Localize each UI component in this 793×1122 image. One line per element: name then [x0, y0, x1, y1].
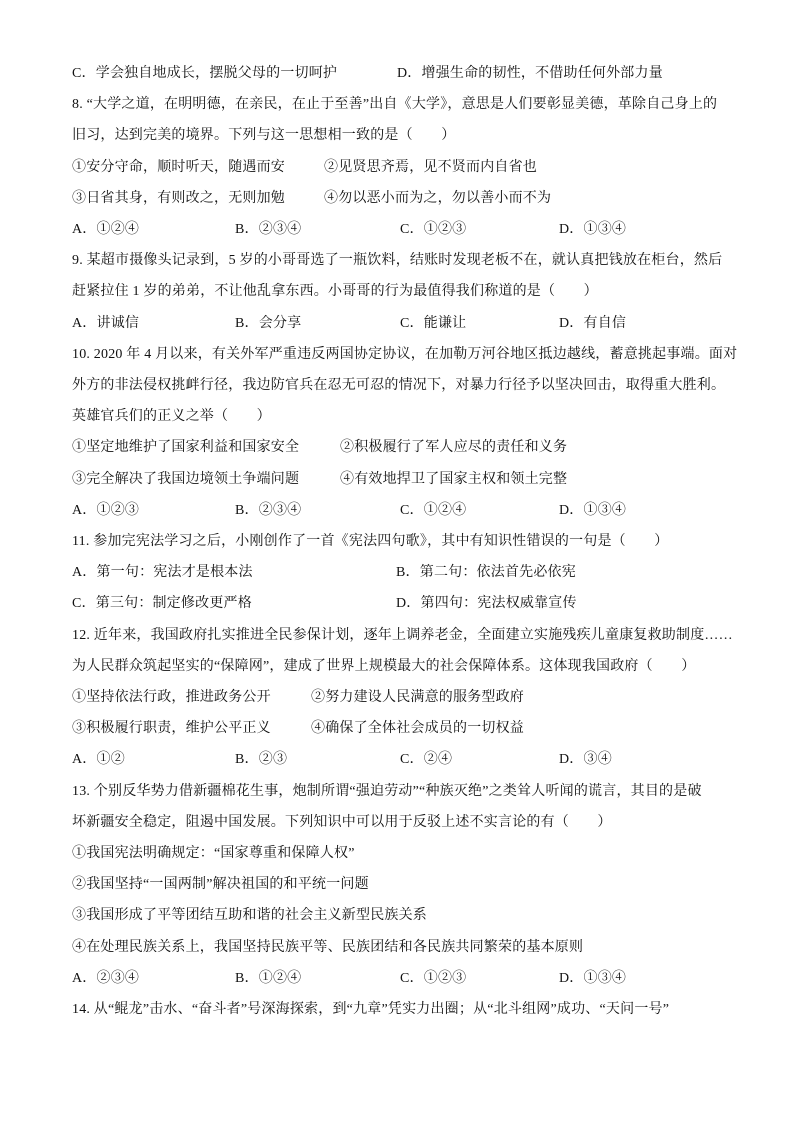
q13-item-1: ①我国宪法明确规定：“国家尊重和保障人权” — [0, 843, 793, 865]
q13-choices: A．②③④B．①②④C．①②③D．①③④ — [0, 968, 793, 990]
q9-choices-segment-3: D．有自信 — [559, 313, 626, 335]
q7-options-c-d: C．学会独自地成长，摆脱父母的一切呵护D．增强生命的韧性，不借助任何外部力量 — [0, 63, 793, 85]
q9-stem-line-1-segment-0: 9. 某超市摄像头记录到，5 岁的小哥哥选了一瓶饮料，结账时发现老板不在，就认真… — [72, 250, 722, 272]
q12-stem-line-2: 为人民群众筑起坚实的“保障网”，建成了世界上规模最大的社会保障体系。这体现我国政… — [0, 656, 793, 678]
q10-choices: A．①②③B．②③④C．①②④D．①③④ — [0, 500, 793, 522]
q10-stem-line-1-segment-0: 10. 2020 年 4 月以来，有关外军严重违反两国协定协议，在加勒万河谷地区… — [72, 344, 737, 366]
q13-item-2: ②我国坚持“一国两制”解决祖国的和平统一问题 — [0, 874, 793, 896]
q8-choices-segment-1: B．②③④ — [235, 219, 301, 241]
q10-items-3-4: ③完全解决了我国边境领土争端问题④有效地捍卫了国家主权和领土完整 — [0, 469, 793, 491]
q8-choices-segment-3: D．①③④ — [559, 219, 626, 241]
q8-stem-line-1: 8. “大学之道，在明明德，在亲民，在止于至善”出自《大学》，意思是人们要彰显美… — [0, 94, 793, 116]
q8-items-1-2-segment-1: ②见贤思齐焉，见不贤而内自省也 — [324, 157, 537, 179]
q12-stem-line-1-segment-0: 12. 近年来，我国政府扎实推进全民参保计划，逐年上调养老金，全面建立实施残疾儿… — [72, 625, 733, 647]
q10-choices-segment-1: B．②③④ — [235, 500, 301, 522]
q11-stem: 11. 参加完宪法学习之后，小刚创作了一首《宪法四句歌》，其中有知识性错误的一句… — [0, 531, 793, 553]
q9-choices: A．讲诚信B．会分享C．能谦让D．有自信 — [0, 313, 793, 335]
q13-item-1-segment-0: ①我国宪法明确规定：“国家尊重和保障人权” — [72, 843, 355, 865]
q10-choices-segment-0: A．①②③ — [72, 500, 139, 522]
q10-items-1-2-segment-1: ②积极履行了军人应尽的责任和义务 — [340, 437, 567, 459]
q10-items-3-4-segment-1: ④有效地捍卫了国家主权和领土完整 — [340, 469, 567, 491]
q12-items-1-2-segment-0: ①坚持依法行政，推进政务公开 — [72, 687, 271, 709]
q10-choices-segment-2: C．①②④ — [400, 500, 466, 522]
q12-stem-line-2-segment-0: 为人民群众筑起坚实的“保障网”，建成了世界上规模最大的社会保障体系。这体现我国政… — [72, 656, 695, 678]
q8-stem-line-2-segment-0: 旧习，达到完美的境界。下列与这一思想相一致的是（ ） — [72, 125, 455, 147]
q13-item-4-segment-0: ④在处理民族关系上，我国坚持民族平等、民族团结和各民族共同繁荣的基本原则 — [72, 937, 583, 959]
q11-stem-segment-0: 11. 参加完宪法学习之后，小刚创作了一首《宪法四句歌》，其中有知识性错误的一句… — [72, 531, 668, 553]
q9-choices-segment-2: C．能谦让 — [400, 313, 466, 335]
q8-items-3-4-segment-0: ③日省其身，有则改之，无则加勉 — [72, 188, 285, 210]
q10-stem-line-1: 10. 2020 年 4 月以来，有关外军严重违反两国协定协议，在加勒万河谷地区… — [0, 344, 793, 366]
q10-choices-segment-3: D．①③④ — [559, 500, 626, 522]
q12-choices: A．①②B．②③C．②④D．③④ — [0, 749, 793, 771]
q12-items-3-4-segment-0: ③积极履行职责，维护公平正义 — [72, 718, 271, 740]
q10-stem-line-3: 英雄官兵们的正义之举（ ） — [0, 406, 793, 428]
q9-choices-segment-0: A．讲诚信 — [72, 313, 139, 335]
q7-options-c-d-segment-0: C．学会独自地成长，摆脱父母的一切呵护 — [72, 63, 337, 85]
q12-stem-line-1: 12. 近年来，我国政府扎实推进全民参保计划，逐年上调养老金，全面建立实施残疾儿… — [0, 625, 793, 647]
q13-item-3: ③我国形成了平等团结互助和谐的社会主义新型民族关系 — [0, 905, 793, 927]
q9-choices-segment-1: B．会分享 — [235, 313, 301, 335]
q8-stem-line-1-segment-0: 8. “大学之道，在明明德，在亲民，在止于至善”出自《大学》，意思是人们要彰显美… — [72, 94, 717, 116]
document-page: C．学会独自地成长，摆脱父母的一切呵护D．增强生命的韧性，不借助任何外部力量8.… — [0, 0, 793, 1122]
q12-choices-segment-1: B．②③ — [235, 749, 287, 771]
q11-choices-c-d-segment-1: D．第四句：宪法权威靠宣传 — [396, 593, 577, 615]
q11-choices-c-d-segment-0: C．第三句：制定修改更严格 — [72, 593, 252, 615]
q8-stem-line-2: 旧习，达到完美的境界。下列与这一思想相一致的是（ ） — [0, 125, 793, 147]
q11-choices-c-d: C．第三句：制定修改更严格D．第四句：宪法权威靠宣传 — [0, 593, 793, 615]
q12-items-3-4: ③积极履行职责，维护公平正义④确保了全体社会成员的一切权益 — [0, 718, 793, 740]
q12-items-1-2: ①坚持依法行政，推进政务公开②努力建设人民满意的服务型政府 — [0, 687, 793, 709]
q13-item-3-segment-0: ③我国形成了平等团结互助和谐的社会主义新型民族关系 — [72, 905, 427, 927]
q8-choices-segment-0: A．①②④ — [72, 219, 139, 241]
q10-stem-line-2: 外方的非法侵权挑衅行径，我边防官兵在忍无可忍的情况下，对暴力行径予以坚决回击，取… — [0, 375, 793, 397]
q10-stem-line-2-segment-0: 外方的非法侵权挑衅行径，我边防官兵在忍无可忍的情况下，对暴力行径予以坚决回击，取… — [72, 375, 725, 397]
q10-items-1-2-segment-0: ①坚定地维护了国家利益和国家安全 — [72, 437, 299, 459]
q8-choices-segment-2: C．①②③ — [400, 219, 466, 241]
q14-stem-line-1: 14. 从“鲲龙”击水、“奋斗者”号深海探索，到“九章”凭实力出圈；从“北斗组网… — [0, 999, 793, 1021]
q14-stem-line-1-segment-0: 14. 从“鲲龙”击水、“奋斗者”号深海探索，到“九章”凭实力出圈；从“北斗组网… — [72, 999, 669, 1021]
q11-choices-a-b: A．第一句：宪法才是根本法B．第二句：依法首先必依宪 — [0, 562, 793, 584]
q13-stem-line-2-segment-0: 坏新疆安全稳定，阻遏中国发展。下列知识中可以用于反驳上述不实言论的有（ ） — [72, 812, 612, 834]
q9-stem-line-2-segment-0: 赶紧拉住 1 岁的弟弟，不让他乱拿东西。小哥哥的行为最值得我们称道的是（ ） — [72, 281, 598, 303]
q11-choices-a-b-segment-0: A．第一句：宪法才是根本法 — [72, 562, 253, 584]
q8-items-1-2: ①安分守命，顺时听天，随遇而安②见贤思齐焉，见不贤而内自省也 — [0, 157, 793, 179]
q13-stem-line-2: 坏新疆安全稳定，阻遏中国发展。下列知识中可以用于反驳上述不实言论的有（ ） — [0, 812, 793, 834]
q8-items-3-4: ③日省其身，有则改之，无则加勉④勿以恶小而为之，勿以善小而不为 — [0, 188, 793, 210]
q8-items-1-2-segment-0: ①安分守命，顺时听天，随遇而安 — [72, 157, 285, 179]
q13-stem-line-1-segment-0: 13. 个别反华势力借新疆棉花生事，炮制所谓“强迫劳动”“种族灭绝”之类耸人听闻… — [72, 781, 702, 803]
q8-items-3-4-segment-1: ④勿以恶小而为之，勿以善小而不为 — [324, 188, 551, 210]
q8-choices: A．①②④B．②③④C．①②③D．①③④ — [0, 219, 793, 241]
q13-choices-segment-0: A．②③④ — [72, 968, 139, 990]
q9-stem-line-1: 9. 某超市摄像头记录到，5 岁的小哥哥选了一瓶饮料，结账时发现老板不在，就认真… — [0, 250, 793, 272]
q9-stem-line-2: 赶紧拉住 1 岁的弟弟，不让他乱拿东西。小哥哥的行为最值得我们称道的是（ ） — [0, 281, 793, 303]
q12-choices-segment-0: A．①② — [72, 749, 125, 771]
q13-stem-line-1: 13. 个别反华势力借新疆棉花生事，炮制所谓“强迫劳动”“种族灭绝”之类耸人听闻… — [0, 781, 793, 803]
q10-items-3-4-segment-0: ③完全解决了我国边境领土争端问题 — [72, 469, 299, 491]
q13-choices-segment-3: D．①③④ — [559, 968, 626, 990]
q10-items-1-2: ①坚定地维护了国家利益和国家安全②积极履行了军人应尽的责任和义务 — [0, 437, 793, 459]
q12-items-1-2-segment-1: ②努力建设人民满意的服务型政府 — [311, 687, 524, 709]
q10-stem-line-3-segment-0: 英雄官兵们的正义之举（ ） — [72, 406, 271, 428]
q13-choices-segment-1: B．①②④ — [235, 968, 301, 990]
q12-choices-segment-2: C．②④ — [400, 749, 452, 771]
q13-choices-segment-2: C．①②③ — [400, 968, 466, 990]
q13-item-2-segment-0: ②我国坚持“一国两制”解决祖国的和平统一问题 — [72, 874, 369, 896]
q11-choices-a-b-segment-1: B．第二句：依法首先必依宪 — [396, 562, 576, 584]
q13-item-4: ④在处理民族关系上，我国坚持民族平等、民族团结和各民族共同繁荣的基本原则 — [0, 937, 793, 959]
q12-items-3-4-segment-1: ④确保了全体社会成员的一切权益 — [311, 718, 524, 740]
q12-choices-segment-3: D．③④ — [559, 749, 612, 771]
q7-options-c-d-segment-1: D．增强生命的韧性，不借助任何外部力量 — [397, 63, 663, 85]
